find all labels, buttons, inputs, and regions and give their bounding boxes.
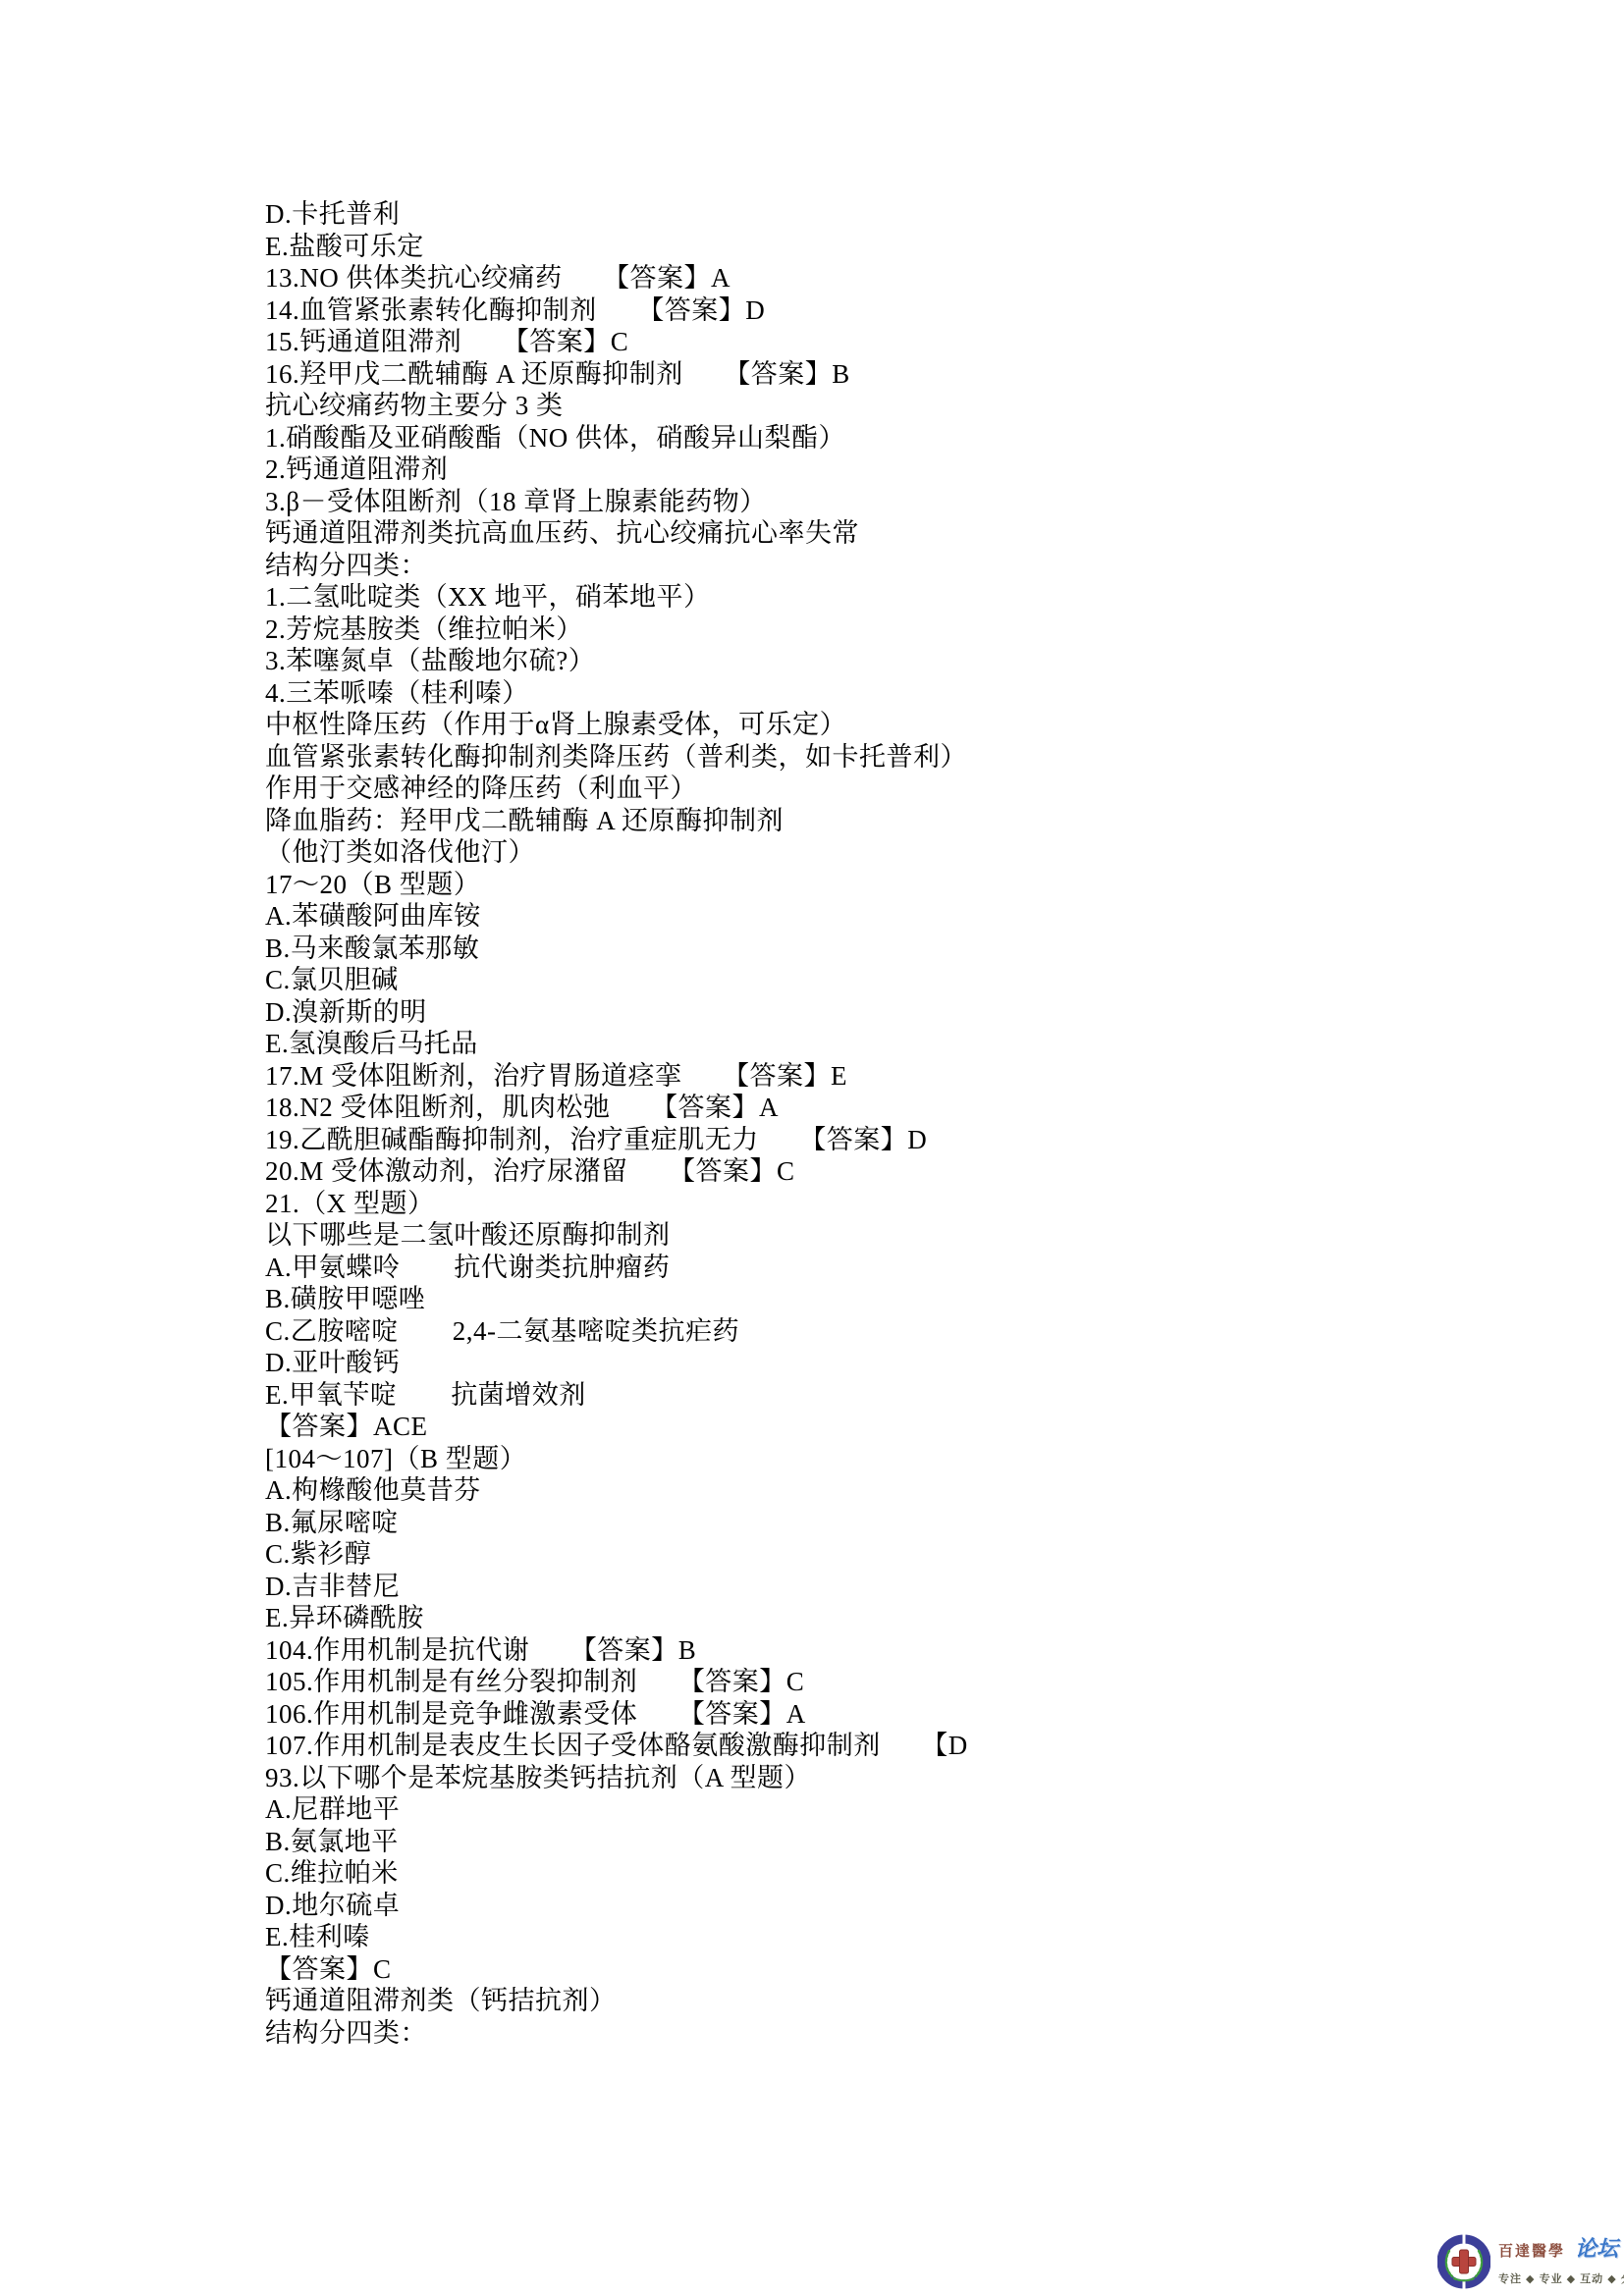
- text-line: 降血脂药：羟甲戊二酰辅酶 A 还原酶抑制剂: [265, 805, 1443, 837]
- text-line: A.枸橼酸他莫昔芬: [265, 1474, 1443, 1507]
- text-line: C.氯贝胆碱: [265, 964, 1443, 996]
- text-line: 17.M 受体阻断剂，治疗胃肠道痉挛 【答案】E: [265, 1060, 1443, 1093]
- text-line: 107.作用机制是表皮生长因子受体酪氨酸激酶抑制剂 【D: [265, 1730, 1443, 1762]
- text-line: D.吉非替尼: [265, 1571, 1443, 1603]
- text-line: 14.血管紧张素转化酶抑制剂 【答案】D: [265, 294, 1443, 327]
- text-line: 104.作用机制是抗代谢 【答案】B: [265, 1634, 1443, 1667]
- text-line: D.卡托普利: [265, 198, 1443, 231]
- text-line: E.盐酸可乐定: [265, 231, 1443, 263]
- text-line: 4.三苯哌嗪（桂利嗪）: [265, 677, 1443, 710]
- medical-cross-wreath-icon: [1437, 2234, 1490, 2289]
- text-line: B.马来酸氯苯那敏: [265, 933, 1443, 965]
- text-line: E.异环磷酰胺: [265, 1602, 1443, 1634]
- text-line: 15.钙通道阻滞剂 【答案】C: [265, 326, 1443, 358]
- text-line: 1.硝酸酯及亚硝酸酯（NO 供体，硝酸异山梨酯）: [265, 422, 1443, 454]
- text-line: 106.作用机制是竞争雌激素受体 【答案】A: [265, 1698, 1443, 1731]
- text-line: 20.M 受体激动剂，治疗尿潴留 【答案】C: [265, 1155, 1443, 1188]
- forum-name: 百達醫學: [1498, 2244, 1565, 2260]
- text-line: 结构分四类：: [265, 550, 1443, 582]
- text-line: 17～20（B 型题）: [265, 869, 1443, 901]
- text-line: 作用于交感神经的降压药（利血平）: [265, 773, 1443, 805]
- text-line: C.乙胺嘧啶 2,4-二氨基嘧啶类抗疟药: [265, 1315, 1443, 1348]
- text-line: E.甲氧苄啶 抗菌增效剂: [265, 1379, 1443, 1412]
- text-line: 中枢性降压药（作用于α肾上腺素受体，可乐定）: [265, 709, 1443, 741]
- text-line: 钙通道阻滞剂类抗高血压药、抗心绞痛抗心率失常: [265, 517, 1443, 550]
- forum-logo: 百達醫學 论坛 专注 ◆ 专业 ◆ 互动 ◆ 分享: [1437, 2234, 1624, 2289]
- text-line: 2.钙通道阻滞剂: [265, 454, 1443, 486]
- text-line: A.尼群地平: [265, 1793, 1443, 1826]
- text-line: 19.乙酰胆碱酯酶抑制剂，治疗重症肌无力 【答案】D: [265, 1124, 1443, 1156]
- text-line: 2.芳烷基胺类（维拉帕米）: [265, 614, 1443, 646]
- text-line: C.紫衫醇: [265, 1538, 1443, 1571]
- text-line: 16.羟甲戊二酰辅酶 A 还原酶抑制剂 【答案】B: [265, 358, 1443, 391]
- text-line: D.亚叶酸钙: [265, 1347, 1443, 1379]
- text-line: 血管紧张素转化酶抑制剂类降压药（普利类，如卡托普利）: [265, 741, 1443, 774]
- text-line: 以下哪些是二氢叶酸还原酶抑制剂: [265, 1219, 1443, 1252]
- text-line: A.甲氨蝶呤 抗代谢类抗肿瘤药: [265, 1252, 1443, 1284]
- text-line: 13.NO 供体类抗心绞痛药 【答案】A: [265, 262, 1443, 294]
- text-line: B.磺胺甲噁唑: [265, 1283, 1443, 1315]
- text-line: D.地尔硫卓: [265, 1890, 1443, 1922]
- text-line: 21.（X 型题）: [265, 1188, 1443, 1220]
- text-line: 105.作用机制是有丝分裂抑制剂 【答案】C: [265, 1666, 1443, 1698]
- document-page: D.卡托普利E.盐酸可乐定13.NO 供体类抗心绞痛药 【答案】A14.血管紧张…: [0, 0, 1624, 2296]
- text-line: 结构分四类：: [265, 2017, 1443, 2050]
- document-text-block: D.卡托普利E.盐酸可乐定13.NO 供体类抗心绞痛药 【答案】A14.血管紧张…: [265, 198, 1443, 2049]
- forum-logo-text: 百達醫學 论坛 专注 ◆ 专业 ◆ 互动 ◆ 分享: [1498, 2234, 1624, 2286]
- text-line: 钙通道阻滞剂类（钙拮抗剂）: [265, 1985, 1443, 2017]
- text-line: E.氢溴酸后马托品: [265, 1028, 1443, 1060]
- text-line: D.溴新斯的明: [265, 996, 1443, 1029]
- text-line: 18.N2 受体阻断剂，肌肉松弛 【答案】A: [265, 1092, 1443, 1124]
- text-line: 1.二氢吡啶类（XX 地平，硝苯地平）: [265, 581, 1443, 614]
- text-line: 【答案】ACE: [265, 1411, 1443, 1443]
- text-line: [104～107]（B 型题）: [265, 1443, 1443, 1475]
- text-line: 抗心绞痛药物主要分 3 类: [265, 390, 1443, 422]
- text-line: （他汀类如洛伐他汀）: [265, 836, 1443, 869]
- text-line: 【答案】C: [265, 1953, 1443, 1986]
- text-line: B.氟尿嘧啶: [265, 1507, 1443, 1539]
- text-line: E.桂利嗪: [265, 1921, 1443, 1953]
- text-line: 3.苯噻氮卓（盐酸地尔硫?）: [265, 645, 1443, 677]
- forum-logo-title: 百達醫學 论坛: [1498, 2238, 1624, 2263]
- text-line: C.维拉帕米: [265, 1857, 1443, 1890]
- forum-tagline: 专注 ◆ 专业 ◆ 互动 ◆ 分享: [1498, 2270, 1624, 2286]
- text-line: B.氨氯地平: [265, 1826, 1443, 1858]
- forum-name-suffix: 论坛: [1575, 2236, 1618, 2261]
- text-line: A.苯磺酸阿曲库铵: [265, 900, 1443, 933]
- text-line: 3.β－受体阻断剂（18 章肾上腺素能药物）: [265, 486, 1443, 518]
- text-line: 93.以下哪个是苯烷基胺类钙拮抗剂（A 型题）: [265, 1762, 1443, 1794]
